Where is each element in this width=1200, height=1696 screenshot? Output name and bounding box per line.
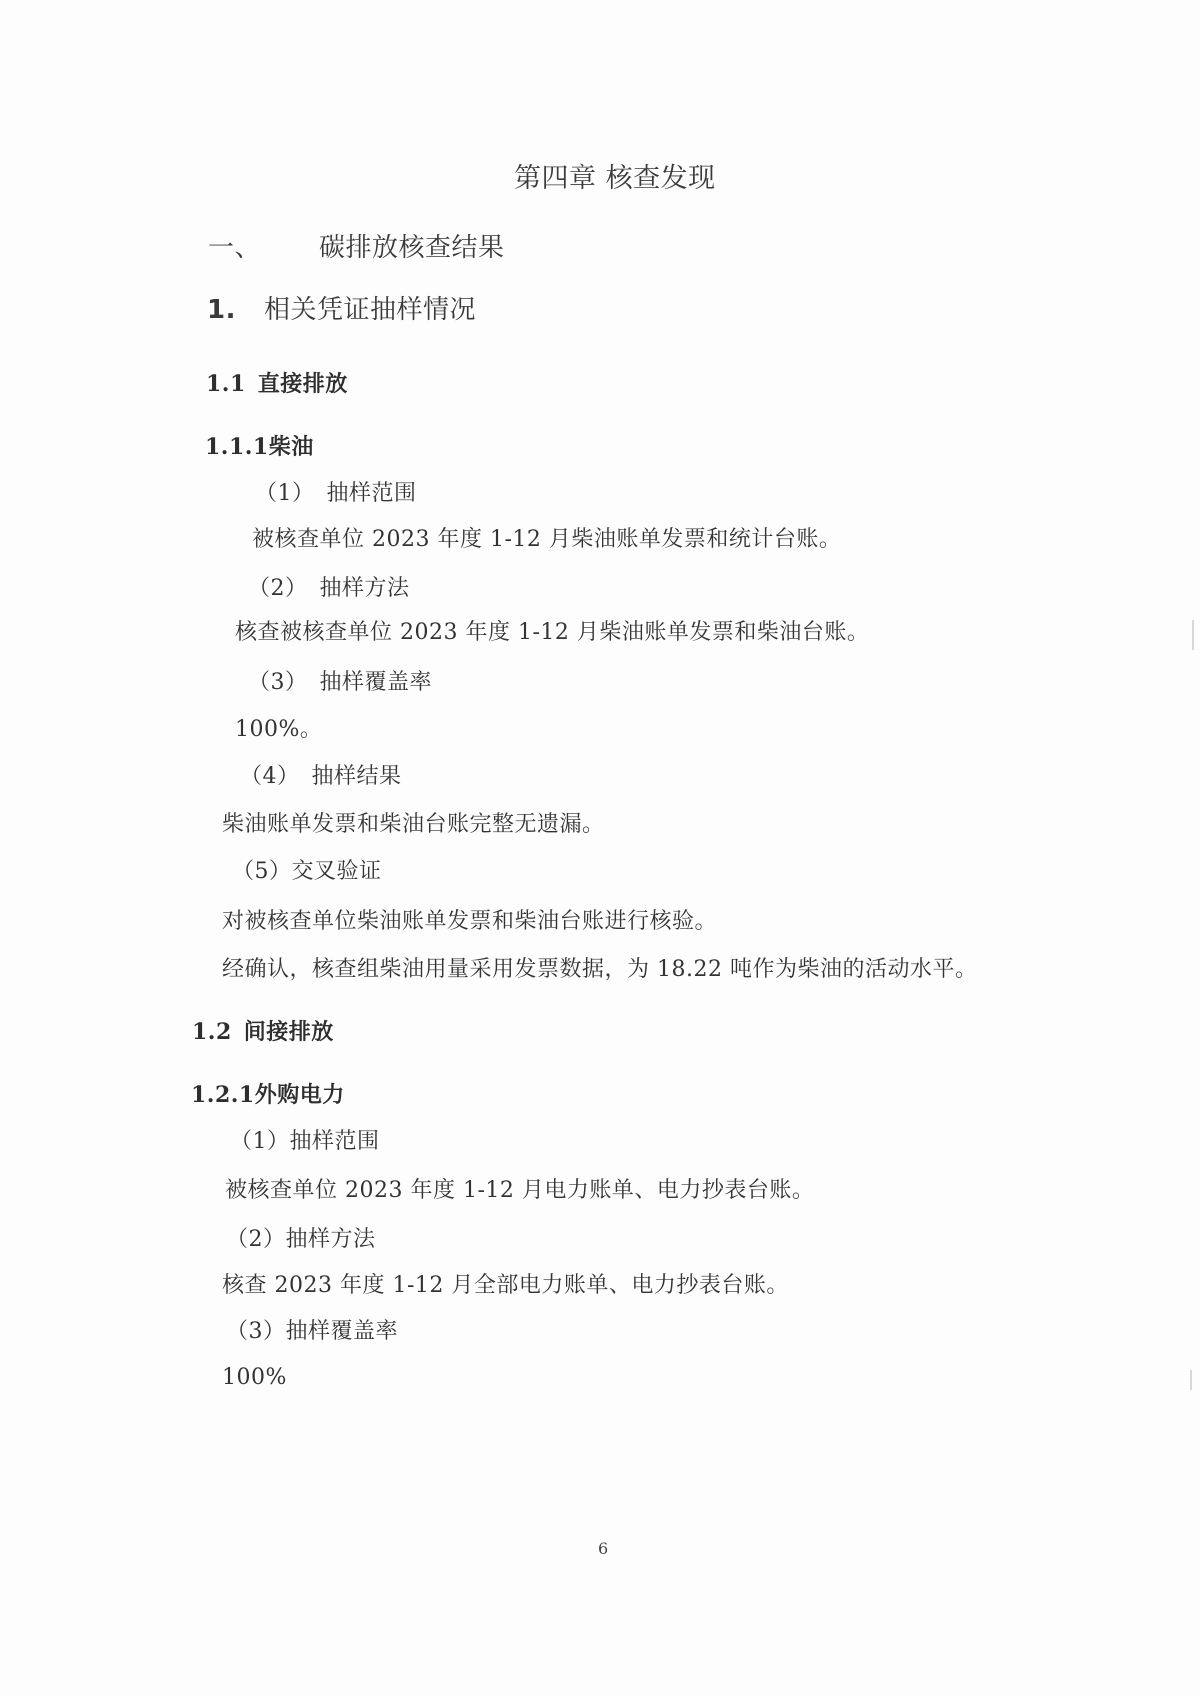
- item-title: 交叉验证: [292, 859, 382, 884]
- heading-diesel: 1.1.1柴油: [205, 436, 314, 458]
- subsection-title: 相关凭证抽样情况: [264, 295, 476, 325]
- item-title: 抽样结果: [312, 764, 402, 789]
- item-label: （3）抽样覆盖率: [226, 1321, 398, 1343]
- item-title: 抽样覆盖率: [320, 670, 433, 695]
- item-number: （1）: [230, 1129, 290, 1154]
- paragraph: 经确认，核查组柴油用量采用发票数据，为 18.22 吨作为柴油的活动水平。: [222, 959, 977, 981]
- heading-electricity: 1.2.1外购电力: [191, 1084, 345, 1106]
- item-label: （3）抽样覆盖率: [248, 672, 432, 694]
- item-label: （4）抽样结果: [240, 766, 402, 788]
- item-label: （5）交叉验证: [232, 861, 382, 883]
- item-number: （1）: [255, 481, 315, 506]
- paragraph: 对被核查单位柴油账单发票和柴油台账进行核验。: [222, 911, 717, 933]
- paragraph: 100%: [222, 1367, 287, 1389]
- item-number: （4）: [240, 764, 300, 789]
- page-number: 6: [598, 1541, 609, 1557]
- section-title: 碳排放核查结果: [319, 233, 505, 263]
- scan-edge-mark: [1192, 620, 1194, 650]
- heading-indirect-emission: 1.2间接排放: [192, 1021, 334, 1043]
- item-title: 抽样范围: [327, 481, 417, 506]
- item-title: 抽样覆盖率: [286, 1319, 399, 1344]
- paragraph: 100%。: [235, 719, 322, 741]
- section-number: 一、: [208, 233, 261, 263]
- scan-edge-mark: [1190, 1370, 1192, 1390]
- heading-number: 1.2: [192, 1019, 232, 1045]
- paragraph: 柴油账单发票和柴油台账完整无遗漏。: [222, 814, 605, 836]
- heading-number: 1.1: [206, 371, 246, 397]
- paragraph: 核查被核查单位 2023 年度 1-12 月柴油账单发票和柴油台账。: [235, 622, 869, 644]
- item-label: （1）抽样范围: [255, 483, 417, 505]
- subsection-heading: 1.相关凭证抽样情况: [207, 297, 476, 323]
- heading-direct-emission: 1.1直接排放: [206, 373, 348, 395]
- item-number: （3）: [226, 1319, 286, 1344]
- paragraph: 被核查单位 2023 年度 1-12 月柴油账单发票和统计台账。: [252, 529, 841, 551]
- item-number: （2）: [248, 576, 308, 601]
- item-title: 抽样方法: [286, 1227, 376, 1252]
- chapter-title: 第四章 核查发现: [514, 165, 716, 192]
- item-title: 抽样方法: [320, 576, 410, 601]
- heading-title: 直接排放: [258, 371, 348, 397]
- item-number: （3）: [248, 670, 308, 695]
- item-label: （2）抽样方法: [226, 1229, 376, 1251]
- item-label: （1）抽样范围: [230, 1131, 380, 1153]
- heading-title: 间接排放: [244, 1019, 334, 1045]
- item-label: （2）抽样方法: [248, 578, 410, 600]
- section-heading: 一、碳排放核查结果: [208, 235, 505, 261]
- paragraph: 核查 2023 年度 1-12 月全部电力账单、电力抄表台账。: [222, 1275, 789, 1297]
- paragraph: 被核查单位 2023 年度 1-12 月电力账单、电力抄表台账。: [225, 1180, 814, 1202]
- item-number: （5）: [232, 859, 292, 884]
- subsection-number: 1.: [207, 295, 236, 325]
- item-title: 抽样范围: [290, 1129, 380, 1154]
- item-number: （2）: [226, 1227, 286, 1252]
